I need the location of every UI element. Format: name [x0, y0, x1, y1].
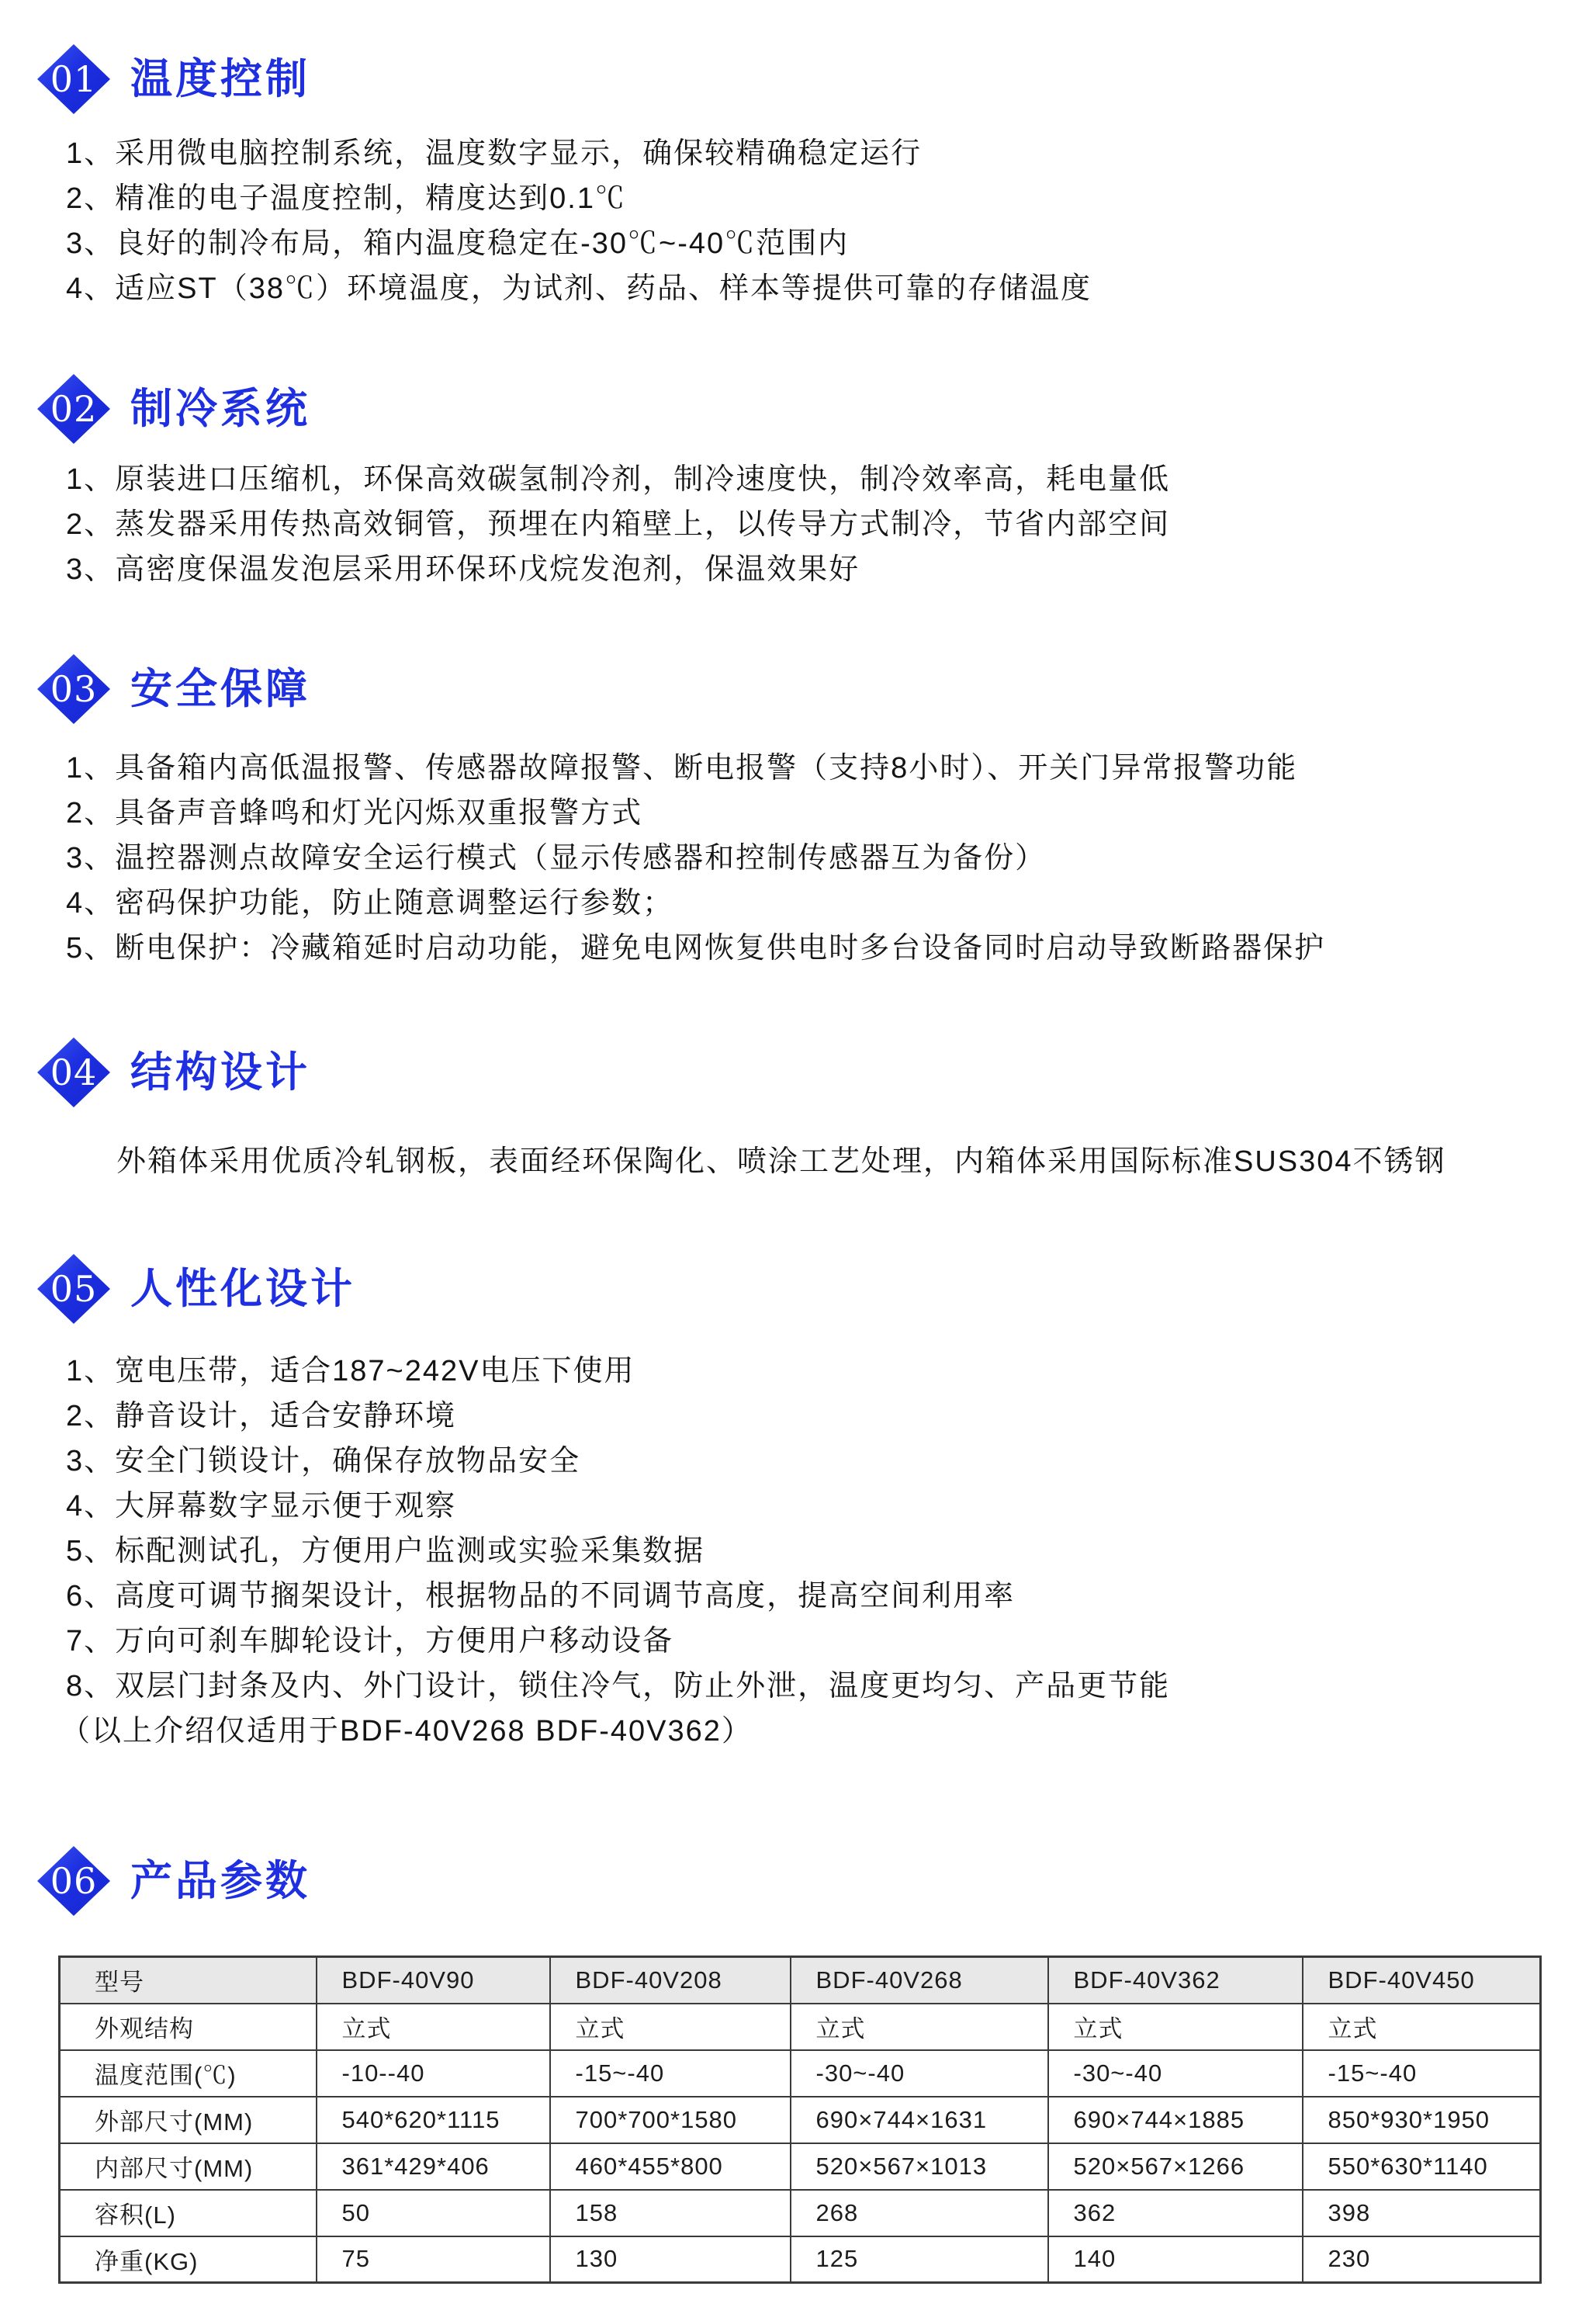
table-row: 内部尺寸(MM) 361*429*406 460*455*800 520×567… — [60, 2143, 1541, 2190]
section-safety-protection: 03 安全保障 1、具备箱内高低温报警、传感器故障报警、断电报警（支持8小时）、… — [37, 646, 1325, 971]
table-cell: 50 — [317, 2190, 550, 2236]
list-item: 8、双层门封条及内、外门设计，锁住冷气，防止外泄，温度更均匀、产品更节能 — [66, 1664, 1170, 1709]
section-title: 制冷系统 — [130, 388, 310, 430]
diamond-number-badge: 06 — [37, 1846, 110, 1916]
section-temperature-control: 01 温度控制 1、采用微电脑控制系统，温度数字显示，确保较精确稳定运行 2、精… — [37, 36, 1092, 311]
list-item: 1、采用微电脑控制系统，温度数字显示，确保较精确稳定运行 — [66, 131, 1092, 176]
list-item: 3、安全门锁设计，确保存放物品安全 — [66, 1439, 1170, 1484]
section-paragraph: 外箱体采用优质冷轧钢板，表面经环保陶化、喷涂工艺处理，内箱体采用国际标准SUS3… — [37, 1139, 1446, 1184]
section-title: 产品参数 — [130, 1860, 310, 1902]
table-cell: 158 — [550, 2190, 791, 2236]
list-item: 5、标配测试孔，方便用户监测或实验采集数据 — [66, 1529, 1170, 1574]
table-cell: 520×567×1266 — [1048, 2143, 1303, 2190]
diamond-number-badge: 04 — [37, 1037, 110, 1107]
list-item: 4、大屏幕数字显示便于观察 — [66, 1484, 1170, 1529]
table-cell: 内部尺寸(MM) — [60, 2143, 317, 2190]
feature-list: 1、采用微电脑控制系统，温度数字显示，确保较精确稳定运行 2、精准的电子温度控制… — [37, 131, 1092, 311]
applicability-note: （以上介绍仅适用于BDF-40V268 BDF-40V362） — [37, 1709, 1170, 1754]
table-header-row: 型号 BDF-40V90 BDF-40V208 BDF-40V268 BDF-4… — [60, 1957, 1541, 2004]
table-row: 温度范围(℃) -10--40 -15~-40 -30~-40 -30~-40 … — [60, 2050, 1541, 2097]
list-item: 3、良好的制冷布局，箱内温度稳定在-30℃~-40℃范围内 — [66, 221, 1092, 266]
table-cell: 温度范围(℃) — [60, 2050, 317, 2097]
diamond-number-badge: 03 — [37, 654, 110, 724]
table-header-cell: BDF-40V362 — [1048, 1957, 1303, 2004]
table-header-cell: BDF-40V90 — [317, 1957, 550, 2004]
table-cell: 460*455*800 — [550, 2143, 791, 2190]
product-spec-table: 型号 BDF-40V90 BDF-40V208 BDF-40V268 BDF-4… — [58, 1955, 1542, 2284]
list-item: 5、断电保护：冷藏箱延时启动功能，避免电网恢复供电时多台设备同时启动导致断路器保… — [66, 926, 1325, 971]
table-cell: 立式 — [1048, 2004, 1303, 2050]
table-cell: 净重(KG) — [60, 2236, 317, 2283]
table-row: 净重(KG) 75 130 125 140 230 — [60, 2236, 1541, 2283]
table-cell: -15~-40 — [1303, 2050, 1541, 2097]
table-cell: 230 — [1303, 2236, 1541, 2283]
table-cell: 268 — [791, 2190, 1048, 2236]
table-cell: -10--40 — [317, 2050, 550, 2097]
table-header-cell: 型号 — [60, 1957, 317, 2004]
section-title: 人性化设计 — [130, 1268, 355, 1310]
section-humanized-design: 05 人性化设计 1、宽电压带，适合187~242V电压下使用 2、静音设计，适… — [37, 1246, 1170, 1754]
section-header: 03 安全保障 — [37, 646, 1325, 732]
list-item: 7、万向可刹车脚轮设计，方便用户移动设备 — [66, 1619, 1170, 1664]
list-item: 1、具备箱内高低温报警、传感器故障报警、断电报警（支持8小时）、开关门异常报警功… — [66, 746, 1325, 791]
section-number: 05 — [50, 1271, 98, 1307]
section-title: 安全保障 — [130, 668, 310, 710]
feature-list: 1、具备箱内高低温报警、传感器故障报警、断电报警（支持8小时）、开关门异常报警功… — [37, 746, 1325, 971]
list-item: 2、蒸发器采用传热高效铜管，预埋在内箱壁上，以传导方式制冷，节省内部空间 — [66, 502, 1170, 547]
section-header: 02 制冷系统 — [37, 366, 1170, 452]
table-cell: 690×744×1631 — [791, 2097, 1048, 2143]
table-cell: 362 — [1048, 2190, 1303, 2236]
list-item: 3、高密度保温发泡层采用环保环戊烷发泡剂，保温效果好 — [66, 547, 1170, 592]
table-row: 容积(L) 50 158 268 362 398 — [60, 2190, 1541, 2236]
section-number: 02 — [50, 391, 98, 427]
table-cell: 125 — [791, 2236, 1048, 2283]
table-cell: -15~-40 — [550, 2050, 791, 2097]
diamond-number-badge: 05 — [37, 1254, 110, 1324]
table-cell: 立式 — [791, 2004, 1048, 2050]
table-cell: 398 — [1303, 2190, 1541, 2236]
table-row: 外观结构 立式 立式 立式 立式 立式 — [60, 2004, 1541, 2050]
diamond-number-badge: 02 — [37, 374, 110, 444]
section-number: 03 — [50, 671, 98, 707]
table-cell: 690×744×1885 — [1048, 2097, 1303, 2143]
table-cell: 立式 — [317, 2004, 550, 2050]
table-cell: 520×567×1013 — [791, 2143, 1048, 2190]
section-number: 01 — [50, 61, 98, 97]
table-cell: -30~-40 — [1048, 2050, 1303, 2097]
product-feature-page: 01 温度控制 1、采用微电脑控制系统，温度数字显示，确保较精确稳定运行 2、精… — [0, 0, 1596, 2314]
list-item: 4、密码保护功能，防止随意调整运行参数； — [66, 881, 1325, 926]
table-cell: 立式 — [550, 2004, 791, 2050]
table-cell: 700*700*1580 — [550, 2097, 791, 2143]
table-header-cell: BDF-40V208 — [550, 1957, 791, 2004]
table-row: 外部尺寸(MM) 540*620*1115 700*700*1580 690×7… — [60, 2097, 1541, 2143]
table-cell: 外部尺寸(MM) — [60, 2097, 317, 2143]
section-refrigeration-system: 02 制冷系统 1、原装进口压缩机，环保高效碳氢制冷剂，制冷速度快，制冷效率高，… — [37, 366, 1170, 592]
section-header: 01 温度控制 — [37, 36, 1092, 122]
table-cell: 550*630*1140 — [1303, 2143, 1541, 2190]
table-cell: 外观结构 — [60, 2004, 317, 2050]
section-number: 04 — [50, 1055, 98, 1090]
section-header: 04 结构设计 — [37, 1030, 1446, 1115]
diamond-number-badge: 01 — [37, 44, 110, 114]
table-cell: 361*429*406 — [317, 2143, 550, 2190]
list-item: 6、高度可调节搁架设计，根据物品的不同调节高度，提高空间利用率 — [66, 1574, 1170, 1619]
table-cell: 140 — [1048, 2236, 1303, 2283]
table-cell: 540*620*1115 — [317, 2097, 550, 2143]
section-header: 05 人性化设计 — [37, 1246, 1170, 1332]
table-cell: 75 — [317, 2236, 550, 2283]
table-header-cell: BDF-40V450 — [1303, 1957, 1541, 2004]
table-cell: 容积(L) — [60, 2190, 317, 2236]
feature-list: 1、原装进口压缩机，环保高效碳氢制冷剂，制冷速度快，制冷效率高，耗电量低 2、蒸… — [37, 457, 1170, 592]
table-cell: 130 — [550, 2236, 791, 2283]
section-title: 结构设计 — [130, 1051, 310, 1093]
section-header: 06 产品参数 — [37, 1838, 310, 1924]
section-title: 温度控制 — [130, 58, 310, 100]
list-item: 3、温控器测点故障安全运行模式（显示传感器和控制传感器互为备份） — [66, 836, 1325, 881]
list-item: 2、精准的电子温度控制，精度达到0.1℃ — [66, 176, 1092, 221]
list-item: 1、原装进口压缩机，环保高效碳氢制冷剂，制冷速度快，制冷效率高，耗电量低 — [66, 457, 1170, 502]
table-cell: -30~-40 — [791, 2050, 1048, 2097]
table-header-cell: BDF-40V268 — [791, 1957, 1048, 2004]
table-cell: 850*930*1950 — [1303, 2097, 1541, 2143]
section-number: 06 — [50, 1863, 98, 1899]
list-item: 1、宽电压带，适合187~242V电压下使用 — [66, 1349, 1170, 1394]
table-cell: 立式 — [1303, 2004, 1541, 2050]
section-product-parameters: 06 产品参数 — [37, 1838, 310, 1924]
list-item: 4、适应ST（38℃）环境温度，为试剂、药品、样本等提供可靠的存储温度 — [66, 266, 1092, 311]
section-structure-design: 04 结构设计 外箱体采用优质冷轧钢板，表面经环保陶化、喷涂工艺处理，内箱体采用… — [37, 1030, 1446, 1184]
list-item: 2、具备声音蜂鸣和灯光闪烁双重报警方式 — [66, 791, 1325, 836]
feature-list: 1、宽电压带，适合187~242V电压下使用 2、静音设计，适合安静环境 3、安… — [37, 1349, 1170, 1709]
list-item: 2、静音设计，适合安静环境 — [66, 1394, 1170, 1439]
